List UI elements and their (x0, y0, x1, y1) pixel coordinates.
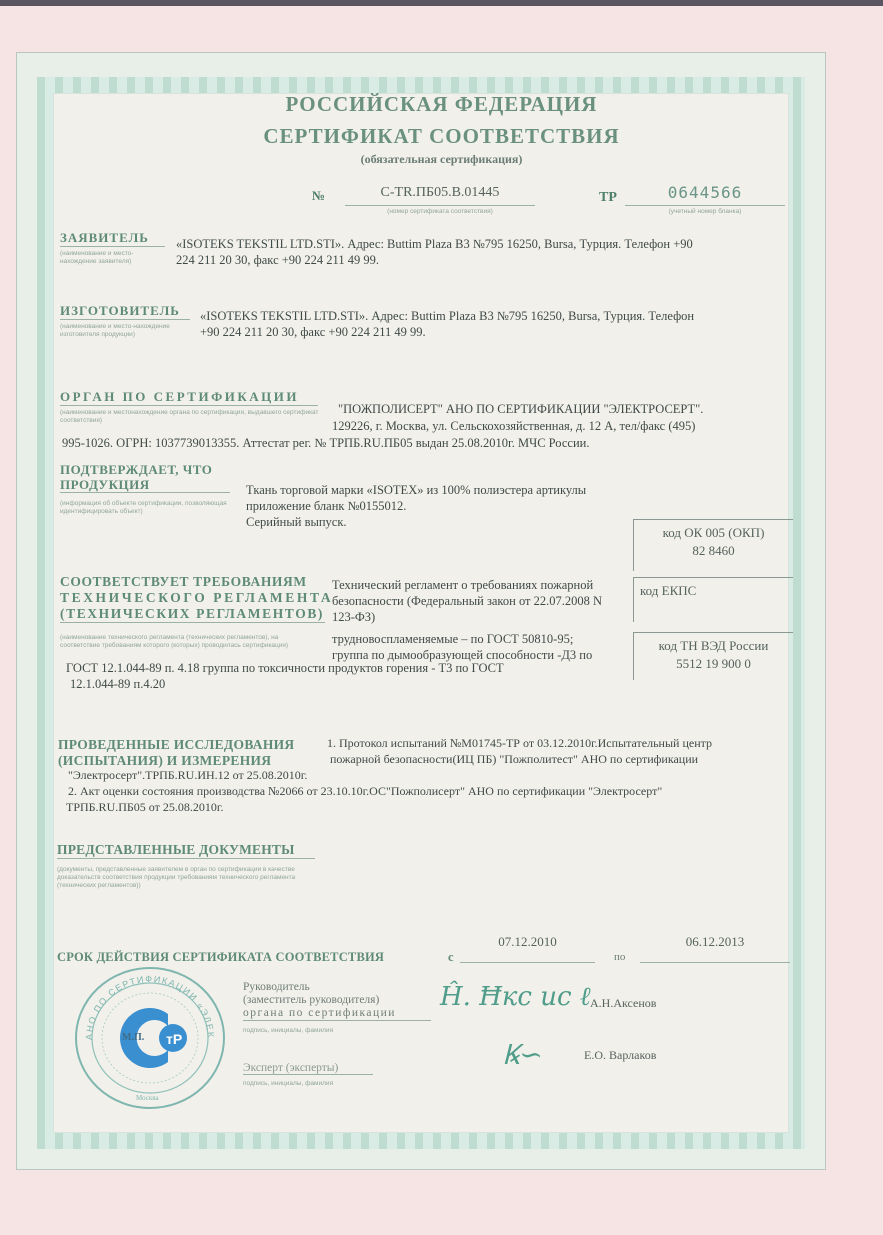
tests-label: ПРОВЕДЕННЫЕ ИССЛЕДОВАНИЯ (ИСПЫТАНИЯ) И И… (58, 737, 294, 769)
svg-text:АНО ПО СЕРТИФИКАЦИИ «ЭЛЕКТРОСЕ: АНО ПО СЕРТИФИКАЦИИ «ЭЛЕКТРОСЕРТ» (70, 962, 216, 1040)
head-role-line: Руководитель (243, 981, 431, 994)
product-line: приложение бланк №0155012. (246, 498, 666, 514)
head-role-line: органа по сертификации (243, 1007, 431, 1021)
manufacturer-line: +90 224 211 20 30, факс +90 224 211 49 9… (200, 324, 790, 340)
validity-from-label: с (448, 950, 455, 965)
validity-from: 07.12.2010 (460, 934, 595, 963)
certificate-title: СЕРТИФИКАТ СООТВЕТСТВИЯ (0, 124, 883, 149)
requirements-line: трудновоспламеняемые – по ГОСТ 50810-95; (332, 631, 632, 647)
requirements-line: безопасности (Федеральный закон от 22.07… (332, 593, 632, 609)
tests-line5: ТРПБ.RU.ПБ05 от 25.08.2010г. (66, 799, 466, 815)
svg-text:тР: тР (166, 1031, 182, 1047)
documents-caption: (документы, представленные заявителем в … (57, 866, 297, 890)
ekps-code-label: код ЕКПС (640, 582, 793, 600)
stamp-mp: М.П. (122, 1032, 144, 1043)
photo-top-edge (0, 0, 883, 6)
product-label: ПОДТВЕРЖДАЕТ, ЧТО ПРОДУКЦИЯ (60, 462, 230, 493)
product-caption: (информация об объекте сертификации, поз… (60, 500, 240, 516)
tests-line2: пожарной безопасности(ИЦ ПБ) "Пожполитес… (330, 751, 800, 767)
ekps-code-box: код ЕКПС (633, 577, 793, 622)
stamp-text: АНО ПО СЕРТИФИКАЦИИ «ЭЛЕКТРОСЕРТ» (70, 962, 216, 1040)
certification-body-label: ОРГАН ПО СЕРТИФИКАЦИИ (60, 389, 318, 406)
expert-name: Е.О. Варлаков (584, 1048, 656, 1063)
product-value: Ткань торговой марки «ISOTEX» из 100% по… (246, 482, 666, 530)
country-title: РОССИЙСКАЯ ФЕДЕРАЦИЯ (0, 92, 883, 117)
applicant-line: «ISOTEKS TEKSTIL LTD.STI». Адрес: Buttim… (176, 236, 786, 252)
blank-caption: (учетный номер бланка) (625, 208, 785, 216)
tnved-code-value: 5512 19 900 0 (634, 655, 793, 673)
validity-to: 06.12.2013 (640, 934, 790, 963)
product-line: Ткань торговой марки «ISOTEX» из 100% по… (246, 482, 666, 498)
applicant-value: «ISOTEKS TEKSTIL LTD.STI». Адрес: Buttim… (176, 236, 786, 268)
documents-label: ПРЕДСТАВЛЕННЫЕ ДОКУМЕНТЫ (57, 842, 315, 859)
certification-body-caption: (наименование и местонахождение органа п… (60, 409, 320, 425)
certification-body-line3: 995-1026. ОГРН: 1037739013355. Аттестат … (62, 435, 802, 451)
certification-body-line2: 129226, г. Москва, ул. Сельскохозяйствен… (332, 418, 802, 434)
tests-label-line: ПРОВЕДЕННЫЕ ИССЛЕДОВАНИЯ (58, 737, 294, 753)
product-line: Серийный выпуск. (246, 514, 666, 530)
number-caption: (номер сертификата соответствия) (345, 208, 535, 216)
requirements-caption: (наименование технического регламента (т… (60, 634, 315, 650)
tnved-code-box: код ТН ВЭД России 5512 19 900 0 (633, 632, 793, 680)
stamp: АНО ПО СЕРТИФИКАЦИИ «ЭЛЕКТРОСЕРТ» тР М.П… (70, 962, 230, 1112)
certification-body-line1: "ПОЖПОЛИСЕРТ" АНО ПО СЕРТИФИКАЦИИ "ЭЛЕКТ… (338, 401, 798, 417)
requirements-line6: ГОСТ 12.1.044-89 п. 4.18 группа по токси… (66, 660, 626, 676)
tests-line3: "Электросерт".ТРПБ.RU.ИН.12 от 25.08.201… (68, 767, 468, 783)
applicant-caption: (наименование и место-нахождение заявите… (60, 250, 165, 266)
requirements-line7: 12.1.044-89 п.4.20 (70, 676, 370, 692)
applicant-label: ЗАЯВИТЕЛЬ (60, 230, 165, 247)
requirements-value: Технический регламент о требованиях пожа… (332, 577, 632, 663)
expert-role: Эксперт (эксперты) (243, 1062, 373, 1075)
head-role: Руководитель (заместитель руководителя) … (243, 981, 431, 1021)
okp-code-value: 82 8460 (634, 542, 793, 560)
requirements-label-line: ТЕХНИЧЕСКОГО РЕГЛАМЕНТА (60, 590, 333, 606)
tests-line4: 2. Акт оценки состояния производства №20… (68, 783, 798, 799)
okp-code-label: код ОК 005 (ОКП) (634, 524, 793, 542)
manufacturer-value: «ISOTEKS TEKSTIL LTD.STI». Адрес: Buttim… (200, 308, 790, 340)
product-label-line: ПРОДУКЦИЯ (60, 477, 230, 493)
manufacturer-line: «ISOTEKS TEKSTIL LTD.STI». Адрес: Buttim… (200, 308, 790, 324)
product-label-line: ПОДТВЕРЖДАЕТ, ЧТО (60, 462, 230, 477)
requirements-label: СООТВЕТСТВУЕТ ТРЕБОВАНИЯМ ТЕХНИЧЕСКОГО Р… (60, 574, 333, 623)
okp-code-box: код ОК 005 (ОКП) 82 8460 (633, 519, 793, 571)
head-role-line: (заместитель руководителя) (243, 994, 431, 1007)
manufacturer-label: ИЗГОТОВИТЕЛЬ (60, 303, 190, 320)
head-signature: Ĥ. Ħкс ис ℓ (440, 982, 591, 1012)
tnved-code-label: код ТН ВЭД России (634, 637, 793, 655)
requirements-line: Технический регламент о требованиях пожа… (332, 577, 632, 593)
head-caption: подпись, инициалы, фамилия (243, 1027, 333, 1035)
manufacturer-caption: (наименование и место-нахождение изготов… (60, 323, 175, 339)
certificate-number: C-TR.ПБ05.B.01445 (345, 185, 535, 206)
certificate-subtitle: (обязательная сертификация) (0, 152, 883, 167)
expert-caption: подпись, инициалы, фамилия (243, 1080, 333, 1088)
requirements-label-line: (ТЕХНИЧЕСКИХ РЕГЛАМЕНТОВ) (60, 606, 325, 623)
head-name: А.Н.Аксенов (590, 996, 656, 1011)
validity-to-label: по (614, 951, 625, 963)
blank-number: 0644566 (625, 183, 785, 206)
requirements-line: 123-ФЗ) (332, 609, 632, 625)
stamp-seal-icon: АНО ПО СЕРТИФИКАЦИИ «ЭЛЕКТРОСЕРТ» тР (70, 962, 230, 1112)
tr-label: ТР (599, 190, 617, 206)
stamp-city: Москва (136, 1094, 159, 1102)
tests-line1: 1. Протокол испытаний №M01745-ТР от 03.1… (327, 735, 797, 751)
applicant-line: 224 211 20 30, факс +90 224 211 49 99. (176, 252, 786, 268)
requirements-label-line: СООТВЕТСТВУЕТ ТРЕБОВАНИЯМ (60, 574, 333, 590)
expert-signature: Ꝃ∽ (502, 1035, 543, 1073)
number-label: № (312, 188, 325, 204)
